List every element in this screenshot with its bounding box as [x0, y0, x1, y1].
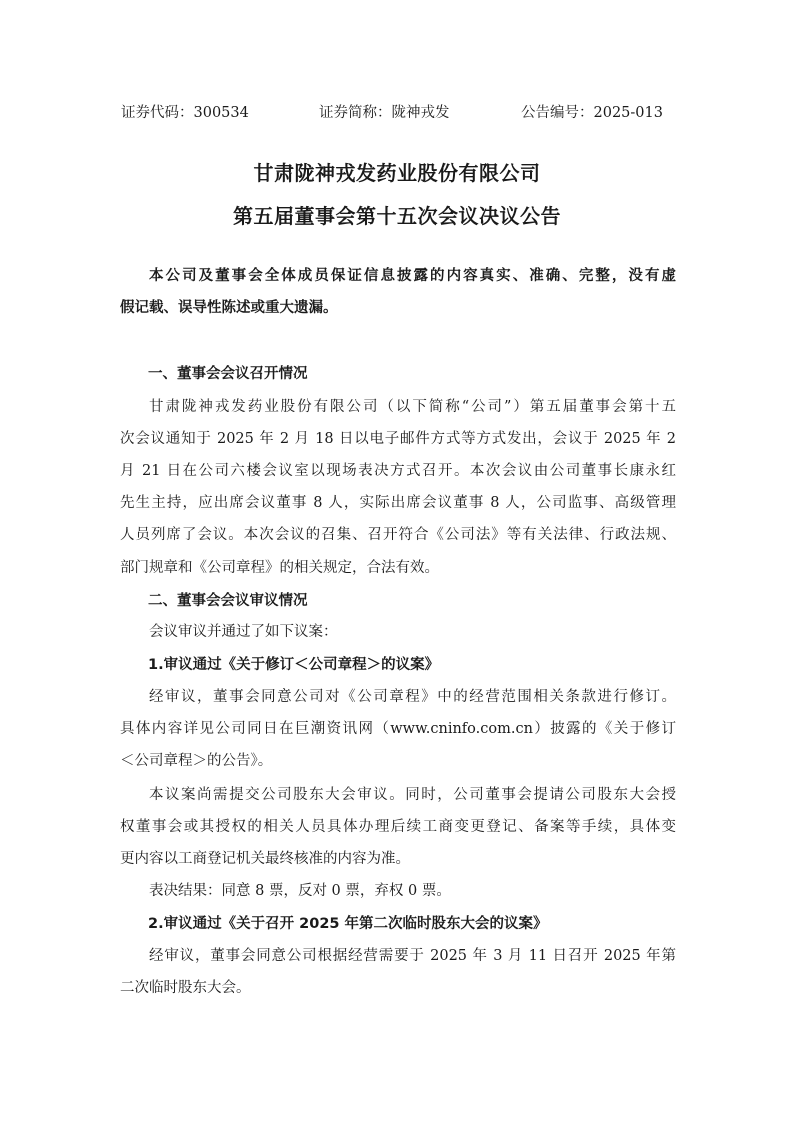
stock-code: 证券代码：300534	[121, 103, 249, 123]
paragraph-line: 人员列席了会议。本次会议的召集、召开符合《公司法》等有关法律、行政法规、	[120, 525, 676, 545]
section2-intro: 会议审议并通过了如下议案：	[149, 622, 676, 642]
statement-line: 本公司及董事会全体成员保证信息披露的内容真实、准确、完整，没有虚	[149, 266, 676, 286]
stock-abbreviation: 证券简称：陇神戎发	[319, 103, 450, 123]
section1-heading: 一、董事会会议召开情况	[148, 364, 308, 384]
vote-result: 表决结果：同意 8 票，反对 0 票，弃权 0 票。	[149, 881, 676, 901]
document-page: 证券代码：300534 证券简称：陇神戎发 公告编号：2025-013 甘肃陇神…	[0, 0, 794, 1122]
company-title: 甘肃陇神戎发药业股份有限公司	[0, 160, 794, 186]
paragraph-line: 经审议，董事会同意公司根据经营需要于 2025 年 3 月 11 日召开 202…	[149, 946, 676, 966]
announcement-number: 公告编号：2025-013	[521, 103, 663, 123]
announcement-header: 证券代码：300534 证券简称：陇神戎发 公告编号：2025-013	[121, 103, 673, 123]
paragraph-line: 次会议通知于 2025 年 2 月 18 日以电子邮件方式等方式发出，会议于 2…	[120, 429, 676, 449]
proposal-2-title: 2.审议通过《关于召开 2025 年第二次临时股东大会的议案》	[148, 914, 548, 934]
paragraph-line: 权董事会或其授权的相关人员具体办理后续工商变更登记、备案等手续，具体变	[120, 817, 676, 837]
paragraph-line: 经审议，董事会同意公司对《公司章程》中的经营范围相关条款进行修订。	[149, 687, 676, 707]
announcement-title: 第五届董事会第十五次会议决议公告	[0, 203, 794, 229]
paragraph-line: 甘肃陇神戎发药业股份有限公司（以下简称“公司”）第五届董事会第十五	[149, 397, 676, 417]
paragraph-line: 月 21 日在公司六楼会议室以现场表决方式召开。本次会议由公司董事长康永红	[120, 461, 676, 481]
section2-heading: 二、董事会会议审议情况	[148, 591, 308, 611]
proposal-1-title: 1.审议通过《关于修订＜公司章程＞的议案》	[148, 655, 439, 675]
paragraph-line: 先生主持，应出席会议董事 8 人，实际出席会议董事 8 人，公司监事、高级管理	[120, 493, 676, 513]
paragraph-line: 部门规章和《公司章程》的相关规定，合法有效。	[120, 558, 676, 578]
statement-line: 假记载、误导性陈述或重大遗漏。	[120, 298, 676, 318]
paragraph-line: 二次临时股东大会。	[120, 978, 676, 998]
paragraph-line: ＜公司章程＞的公告》。	[120, 751, 676, 771]
paragraph-line: 更内容以工商登记机关最终核准的内容为准。	[120, 849, 676, 869]
paragraph-line: 具体内容详见公司同日在巨潮资讯网（www.cninfo.com.cn）披露的《关…	[120, 719, 676, 739]
paragraph-line: 本议案尚需提交公司股东大会审议。同时，公司董事会提请公司股东大会授	[149, 785, 676, 805]
